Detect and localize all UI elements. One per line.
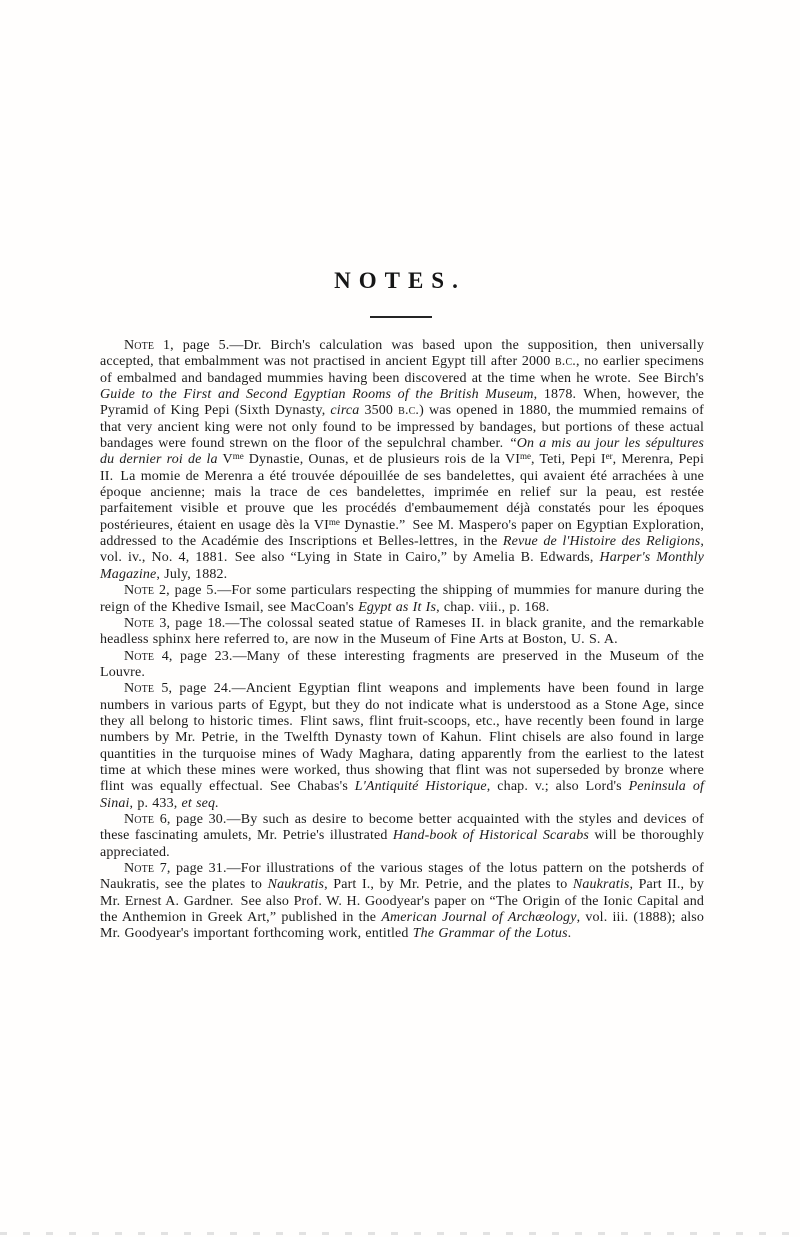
text-run: 3500 [359, 403, 398, 418]
smallcaps-text: Note [124, 649, 154, 664]
italic-text: Hand-book of Historical Scarabs [393, 828, 589, 843]
notes-body: Note 1, page 5.—Dr. Birch's calculation … [100, 338, 704, 943]
note-paragraph: Note 6, page 30.—By such as desire to be… [100, 812, 704, 861]
note-paragraph: Note 7, page 31.—For illustrations of th… [100, 861, 704, 943]
page-title: NOTES. [0, 268, 800, 294]
superscript-text: me [329, 517, 340, 527]
italic-text: Naukratis [268, 877, 325, 892]
text-run: , p. 433, [130, 796, 182, 811]
smallcaps-text: Note [124, 616, 154, 631]
italic-text: circa [330, 403, 359, 418]
note-paragraph: Note 1, page 5.—Dr. Birch's calculation … [100, 338, 704, 583]
text-run: , chap. viii., p. 168. [436, 600, 549, 615]
text-run: Dynastie, Ounas, et de plusieurs rois de… [244, 452, 520, 467]
smallcaps-text: Note [124, 861, 154, 876]
note-paragraph: Note 5, page 24.—Ancient Egyptian flint … [100, 681, 704, 812]
smallcaps-text: Note [124, 812, 154, 827]
superscript-text: me [233, 451, 244, 461]
smallcaps-text: Note [124, 338, 154, 353]
smallcaps-text: Note [124, 681, 154, 696]
smallcaps-text: b.c. [398, 403, 419, 418]
superscript-text: er [606, 451, 613, 461]
note-paragraph: Note 3, page 18.—The colossal seated sta… [100, 616, 704, 649]
italic-text: American Journal of Archæology [381, 910, 576, 925]
italic-text: Guide to the First and Second Egyptian R… [100, 387, 534, 402]
text-run: . [568, 926, 572, 941]
italic-text: Revue de l'Histoire des Religions [503, 534, 700, 549]
text-run: 5, page 24.—Ancient Egyptian flint weapo… [100, 681, 704, 794]
text-run: 3, page 18.—The colossal seated statue o… [100, 616, 704, 647]
smallcaps-text: Note [124, 583, 154, 598]
text-run: , Part I., by Mr. Petrie, and the plates… [324, 877, 573, 892]
text-run: 4, page 23.—Many of these interesting fr… [100, 649, 704, 680]
text-run: , Teti, Pepi I [531, 452, 606, 467]
note-paragraph: Note 2, page 5.—For some particulars res… [100, 583, 704, 616]
text-run: , July, 1882. [156, 567, 227, 582]
note-paragraph: Note 4, page 23.—Many of these interesti… [100, 649, 704, 682]
italic-text: The Grammar of the Lotus [413, 926, 568, 941]
text-run: , chap. v.; also Lord's [487, 779, 629, 794]
italic-text: L'Antiquité Historique [355, 779, 487, 794]
italic-text: Naukratis [573, 877, 630, 892]
text-run: V [218, 452, 233, 467]
title-divider [370, 316, 432, 318]
scanned-page: NOTES. Note 1, page 5.—Dr. Birch's calcu… [0, 0, 800, 1237]
smallcaps-text: b.c. [555, 354, 576, 369]
italic-text: Egypt as It Is [358, 600, 436, 615]
page-bottom-edge [0, 1232, 800, 1235]
italic-text: et seq. [182, 796, 219, 811]
superscript-text: me [520, 451, 531, 461]
